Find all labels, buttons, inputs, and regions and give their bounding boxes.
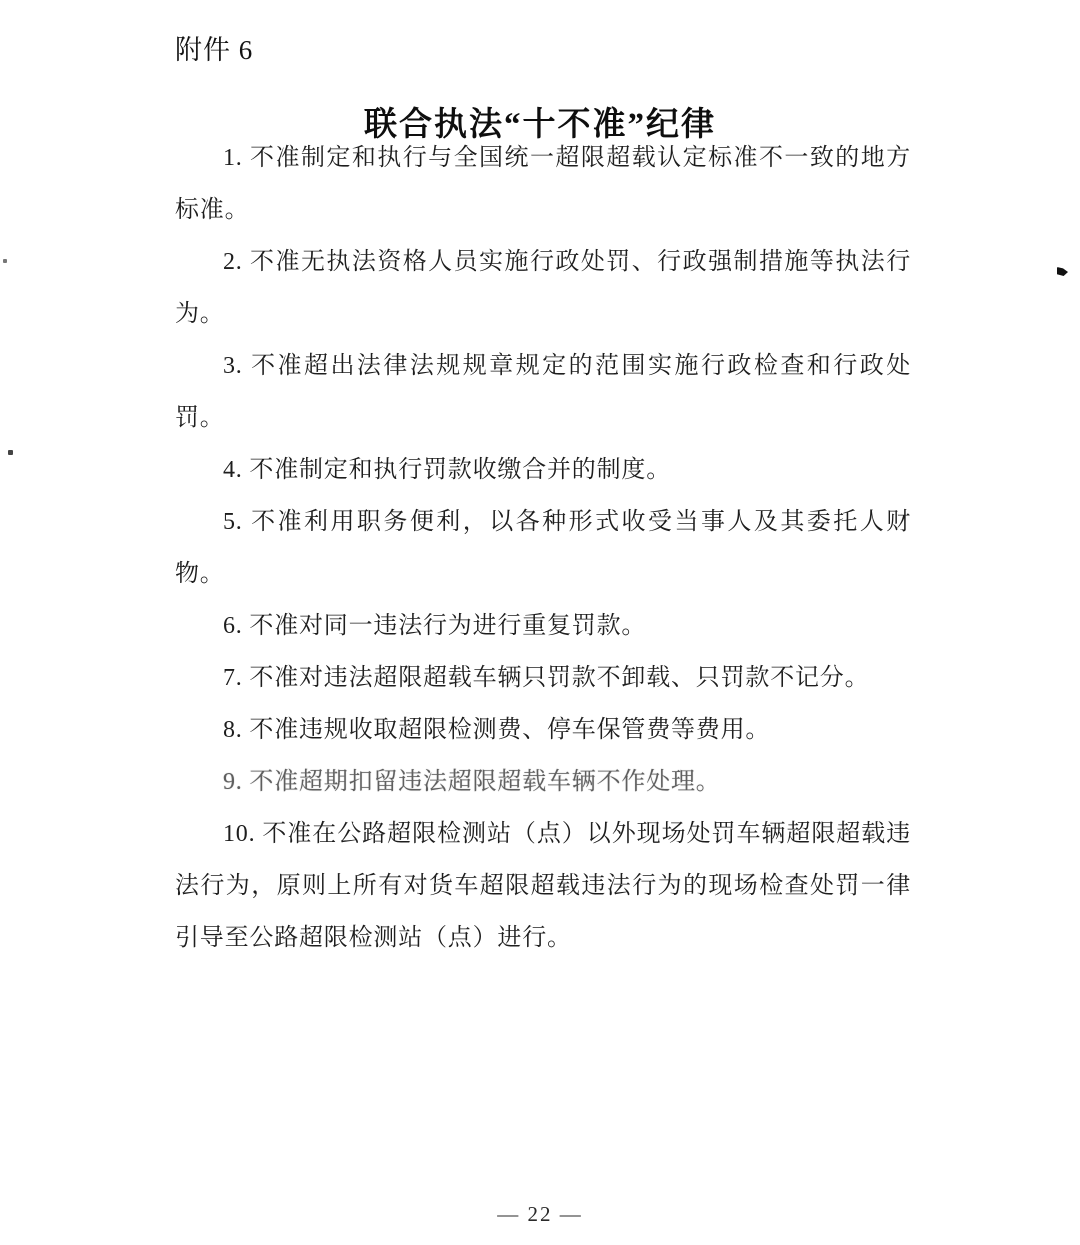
rule-item-4: 4. 不准制定和执行罚款收缴合并的制度。 (175, 444, 911, 496)
rule-item-1: 1. 不准制定和执行与全国统一超限超载认定标准不一致的地方标准。 (175, 132, 911, 236)
rule-item-7: 7. 不准对违法超限超载车辆只罚款不卸载、只罚款不记分。 (175, 652, 911, 704)
page-number: — 22 — (0, 1202, 1080, 1227)
document-body: 1. 不准制定和执行与全国统一超限超载认定标准不一致的地方标准。 2. 不准无执… (175, 132, 911, 964)
rule-item-9: 9. 不准超期扣留违法超限超载车辆不作处理。 (175, 756, 911, 808)
rule-item-2: 2. 不准无执法资格人员实施行政处罚、行政强制措施等执法行为。 (175, 236, 911, 340)
rule-item-5: 5. 不准利用职务便利，以各种形式收受当事人及其委托人财物。 (175, 496, 911, 600)
scan-speck (1057, 267, 1068, 276)
rule-item-10: 10. 不准在公路超限检测站（点）以外现场处罚车辆超限超载违法行为，原则上所有对… (175, 808, 911, 964)
rule-item-6: 6. 不准对同一违法行为进行重复罚款。 (175, 600, 911, 652)
scanned-document-page: 附件 6 联合执法“十不准”纪律 1. 不准制定和执行与全国统一超限超载认定标准… (0, 0, 1080, 1245)
attachment-label: 附件 6 (175, 28, 253, 67)
scan-speck (8, 450, 13, 455)
rule-item-3: 3. 不准超出法律法规规章规定的范围实施行政检查和行政处罚。 (175, 340, 911, 444)
scan-speck (3, 259, 7, 263)
rule-item-8: 8. 不准违规收取超限检测费、停车保管费等费用。 (175, 704, 911, 756)
